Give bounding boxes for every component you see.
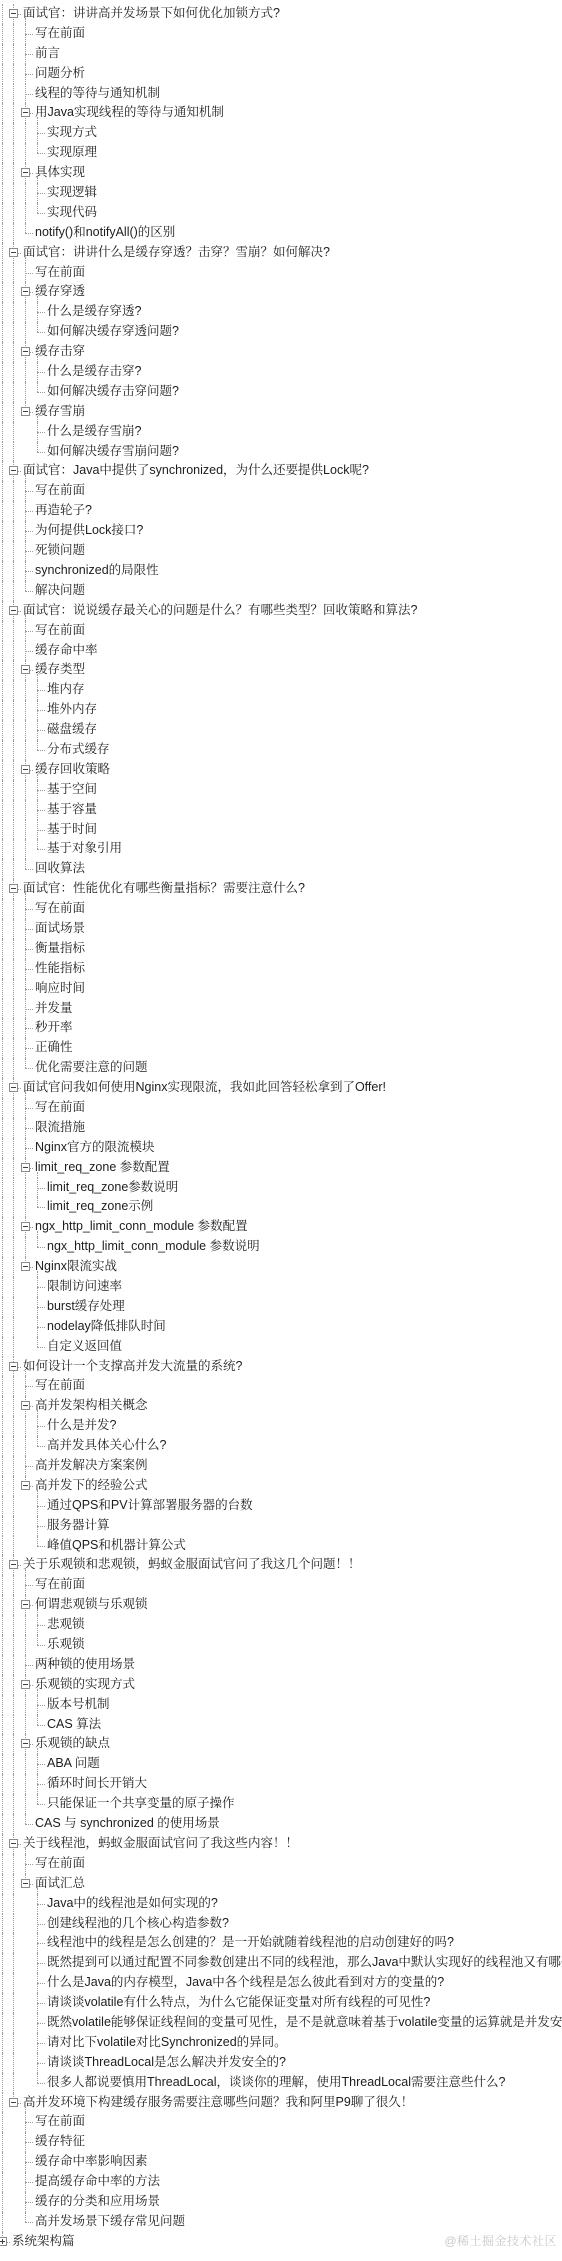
- tree-connector: [37, 312, 45, 313]
- tree-connector: [25, 989, 33, 990]
- tree-node[interactable]: 实现代码: [0, 203, 562, 223]
- tree-node[interactable]: 面试官：Java中提供了synchronized，为什么还要提供Lock呢?: [0, 461, 562, 481]
- collapse-minus-icon[interactable]: [9, 1362, 18, 1371]
- tree-node[interactable]: 缓存特征: [0, 2132, 562, 2152]
- tree-connector: [37, 332, 45, 333]
- tree-node[interactable]: 写在前面: [0, 24, 562, 44]
- tree-connector: [13, 1993, 14, 2013]
- tree-node[interactable]: 线程池中的线程是怎么创建的？是一开始就随着线程池的启动创建好的吗?: [0, 1933, 562, 1953]
- tree-node-label[interactable]: 面试官问我如何使用Nginx实现限流，我如此回答轻松拿到了Offer!: [0, 1078, 386, 1098]
- collapse-minus-icon[interactable]: [9, 1560, 18, 1569]
- tree-connector: [11, 1366, 16, 1367]
- tree-node-label[interactable]: 如何解决缓存穿透问题?: [0, 322, 179, 342]
- tree-connector: [13, 621, 14, 641]
- tree-node[interactable]: 面试官问我如何使用Nginx实现限流，我如此回答轻松拿到了Offer!: [0, 1078, 562, 1098]
- collapse-minus-icon[interactable]: [9, 884, 18, 893]
- collapse-minus-icon[interactable]: [9, 1839, 18, 1848]
- collapse-minus-icon[interactable]: [21, 168, 30, 177]
- tree-node-label[interactable]: synchronized的局限性: [0, 561, 159, 581]
- tree-node-label[interactable]: 实现代码: [0, 203, 97, 223]
- tree-connector: [13, 1595, 14, 1615]
- tree-node-label[interactable]: 面试官：讲讲高并发场景下如何优化加锁方式?: [0, 4, 280, 24]
- tree-node[interactable]: 缓存命中率影响因素: [0, 2152, 562, 2172]
- tree-node-label[interactable]: 缓存命中率: [0, 641, 98, 661]
- collapse-minus-icon[interactable]: [9, 2098, 18, 2107]
- tree-node[interactable]: 缓存回收策略: [0, 760, 562, 780]
- tree-connector: [2, 1894, 3, 1914]
- tree-node[interactable]: 衡量指标: [0, 939, 562, 959]
- tree-connector: [25, 1028, 33, 1029]
- tree-connector: [2, 203, 3, 223]
- tree-connector: [23, 769, 28, 770]
- tree-node[interactable]: 再造轮子?: [0, 501, 562, 521]
- tree-node[interactable]: 高并发解决方案案例: [0, 1456, 562, 1476]
- tree-connector: [37, 1436, 38, 1446]
- tree-node[interactable]: 循环时间长开销大: [0, 1774, 562, 1794]
- tree-connector: [2, 760, 3, 780]
- tree-node[interactable]: Nginx官方的限流模块: [0, 1138, 562, 1158]
- tree-node[interactable]: 死锁问题: [0, 541, 562, 561]
- tree-connector: [37, 1715, 38, 1725]
- tree-connector: [11, 252, 16, 253]
- tree-node-label[interactable]: Nginx官方的限流模块: [0, 1138, 154, 1158]
- collapse-minus-icon[interactable]: [21, 1401, 30, 1410]
- tree-node[interactable]: 缓存的分类和应用场景: [0, 2192, 562, 2212]
- tree-node[interactable]: limit_req_zone 参数配置: [0, 1158, 562, 1178]
- tree-connector: [13, 760, 14, 780]
- tree-node[interactable]: 实现原理: [0, 143, 562, 163]
- tree-connector: [13, 2053, 14, 2073]
- tree-node[interactable]: 正确性: [0, 1038, 562, 1058]
- tree-node[interactable]: 如何解决缓存击穿问题?: [0, 382, 562, 402]
- tree-node[interactable]: 实现方式: [0, 123, 562, 143]
- tree-node[interactable]: 高并发架构相关概念: [0, 1396, 562, 1416]
- tree-connector: [13, 521, 14, 541]
- tree-node[interactable]: 回收算法: [0, 859, 562, 879]
- tree-node[interactable]: 写在前面: [0, 899, 562, 919]
- tree-node-label[interactable]: 如何解决缓存击穿问题?: [0, 382, 179, 402]
- collapse-minus-icon[interactable]: [21, 347, 30, 356]
- tree-node[interactable]: 关于线程池，蚂蚁金服面试官问了我这些内容！！: [0, 1834, 562, 1854]
- tree-node[interactable]: 解决问题: [0, 581, 562, 601]
- tree-connector: [13, 1217, 14, 1237]
- tree-node[interactable]: 很多人都说要慎用ThreadLocal，谈谈你的理解，使用ThreadLocal…: [0, 2073, 562, 2093]
- tree-connector: [2, 64, 3, 84]
- tree-node[interactable]: 版本号机制: [0, 1695, 562, 1715]
- tree-node-label[interactable]: 缓存特征: [0, 2132, 85, 2152]
- collapse-minus-icon[interactable]: [9, 248, 18, 257]
- tree-node[interactable]: 既然volatile能够保证线程间的变量可见性，是不是就意味着基于volatil…: [0, 2013, 562, 2033]
- tree-node[interactable]: limit_req_zone示例: [0, 1197, 562, 1217]
- tree-node[interactable]: 什么是缓存击穿?: [0, 362, 562, 382]
- tree-node-label[interactable]: 关于线程池，蚂蚁金服面试官问了我这些内容！！: [0, 1834, 298, 1854]
- tree-node[interactable]: 请谈谈volatile有什么特点，为什么它能保证变量对所有线程的可见性?: [0, 1993, 562, 2013]
- tree-node[interactable]: 什么是缓存穿透?: [0, 302, 562, 322]
- tree-connector: [13, 1456, 14, 1476]
- tree-connector: [25, 143, 26, 163]
- collapse-minus-icon[interactable]: [9, 1083, 18, 1092]
- tree-node-label[interactable]: 版本号机制: [0, 1695, 110, 1715]
- tree-connector: [13, 959, 14, 979]
- tree-node[interactable]: 写在前面: [0, 1854, 562, 1874]
- tree-node[interactable]: 基于空间: [0, 780, 562, 800]
- tree-node[interactable]: Java中的线程池是如何实现的?: [0, 1894, 562, 1914]
- tree-node-label[interactable]: 请谈谈volatile有什么特点，为什么它能保证变量对所有线程的可见性?: [0, 1993, 430, 2013]
- tree-node[interactable]: 分布式缓存: [0, 740, 562, 760]
- collapse-minus-icon[interactable]: [9, 9, 18, 18]
- tree-node[interactable]: 自定义返回值: [0, 1337, 562, 1357]
- tree-node-label[interactable]: ABA 问题: [0, 1754, 100, 1774]
- tree-connector: [25, 1416, 26, 1436]
- tree-connector: [13, 820, 14, 840]
- tree-connector: [25, 969, 33, 970]
- tree-node[interactable]: 高并发环境下构建缓存服务需要注意哪些问题？我和阿里P9聊了很久！: [0, 2093, 562, 2113]
- tree-node[interactable]: ngx_http_limit_conn_module 参数配置: [0, 1217, 562, 1237]
- tree-connector: [2, 1933, 3, 1953]
- tree-connector: [2, 601, 3, 621]
- tree-connector: [2, 2132, 3, 2152]
- tree-connector: [13, 123, 14, 143]
- collapse-minus-icon[interactable]: [21, 665, 30, 674]
- tree-connector: [37, 1247, 45, 1248]
- tree-node[interactable]: 乐观锁的实现方式: [0, 1675, 562, 1695]
- tree-connector: [11, 1843, 16, 1844]
- collapse-minus-icon[interactable]: [21, 407, 30, 416]
- tree-connector: [25, 1068, 33, 1069]
- tree-connector: [13, 899, 14, 919]
- tree-node-label[interactable]: 提高缓存命中率的方法: [0, 2172, 160, 2192]
- tree-node-label[interactable]: 关于乐观锁和悲观锁，蚂蚁金服面试官问了我这几个问题！！: [0, 1555, 361, 1575]
- tree-node[interactable]: 如何设计一个支撑高并发大流量的系统?: [0, 1357, 562, 1377]
- tree-node[interactable]: 用Java实现线程的等待与通知机制: [0, 103, 562, 123]
- tree-connector: [25, 302, 26, 322]
- tree-connector: [37, 2023, 45, 2024]
- tree-connector: [13, 700, 14, 720]
- tree-connector: [25, 322, 26, 342]
- tree-node[interactable]: 悲观锁: [0, 1615, 562, 1635]
- tree-node-label[interactable]: 只能保证一个共享变量的原子操作: [0, 1794, 235, 1814]
- expand-plus-icon[interactable]: [0, 2237, 7, 2246]
- tree-node[interactable]: 乐观锁的缺点: [0, 1734, 562, 1754]
- tree-connector: [25, 1048, 33, 1049]
- tree-connector: [37, 213, 45, 214]
- tree-connector: [2, 660, 3, 680]
- tree-connector: [37, 382, 38, 392]
- tree-node-label[interactable]: Nginx限流实战: [0, 1257, 117, 1277]
- tree-node[interactable]: 基于容量: [0, 800, 562, 820]
- tree-node-label[interactable]: 实现方式: [0, 123, 97, 143]
- tree-node-label[interactable]: nodelay降低排队时间: [0, 1317, 166, 1337]
- tree-node-label[interactable]: CAS 算法: [0, 1715, 101, 1735]
- collapse-minus-icon[interactable]: [21, 1222, 30, 1231]
- tree-node-label[interactable]: 优化需要注意的问题: [0, 1058, 148, 1078]
- tree-connector: [37, 2003, 45, 2004]
- tree-node-label[interactable]: 线程的等待与通知机制: [0, 84, 160, 104]
- tree-node[interactable]: 提高缓存命中率的方法: [0, 2172, 562, 2192]
- tree-connector: [2, 700, 3, 720]
- tree-connector: [13, 859, 14, 879]
- tree-node-label[interactable]: 正确性: [0, 1038, 73, 1058]
- tree-node-label[interactable]: 服务器计算: [0, 1516, 110, 1536]
- tree-node-label[interactable]: 面试官：Java中提供了synchronized，为什么还要提供Lock呢?: [0, 461, 369, 481]
- tree-node[interactable]: 峰值QPS和机器计算公式: [0, 1536, 562, 1556]
- tree-node[interactable]: 高并发下的经验公式: [0, 1476, 562, 1496]
- tree-node[interactable]: CAS 算法: [0, 1715, 562, 1735]
- tree-node[interactable]: 什么是缓存雪崩?: [0, 422, 562, 442]
- tree-node-label[interactable]: 基于时间: [0, 820, 97, 840]
- tree-node[interactable]: ABA 问题: [0, 1754, 562, 1774]
- tree-node-label[interactable]: 既然volatile能够保证线程间的变量可见性，是不是就意味着基于volatil…: [0, 2013, 562, 2033]
- tree-node-label[interactable]: 缓存的分类和应用场景: [0, 2192, 160, 2212]
- tree-connector: [2, 1854, 3, 1874]
- tree-connector: [25, 1665, 33, 1666]
- tree-connector: [2, 1158, 3, 1178]
- tree-node[interactable]: 限制访问速率: [0, 1277, 562, 1297]
- tree-connector: [13, 1237, 14, 1257]
- tree-node[interactable]: ngx_http_limit_conn_module 参数说明: [0, 1237, 562, 1257]
- tree-connector: [2, 1018, 3, 1038]
- tree-node-label[interactable]: 既然提到可以通过配置不同参数创建出不同的线程池，那么Java中默认实现好的线程池…: [0, 1953, 562, 1973]
- tree-node-label[interactable]: 循环时间长开销大: [0, 1774, 147, 1794]
- tree-node[interactable]: 如何解决缓存雪崩问题?: [0, 442, 562, 462]
- tree-node-label[interactable]: 线程池中的线程是怎么创建的？是一开始就随着线程池的启动创建好的吗?: [0, 1933, 454, 1953]
- tree-node[interactable]: 如何解决缓存穿透问题?: [0, 322, 562, 342]
- tree-node-label[interactable]: 写在前面: [0, 2112, 85, 2132]
- tree-node[interactable]: 写在前面: [0, 621, 562, 641]
- tree-node-label[interactable]: 系统架构篇: [0, 2232, 75, 2252]
- tree-node[interactable]: 缓存穿透: [0, 282, 562, 302]
- collapse-minus-icon[interactable]: [21, 1879, 30, 1888]
- tree-node-label[interactable]: 两种锁的使用场景: [0, 1655, 135, 1675]
- tree-node[interactable]: nodelay降低排队时间: [0, 1317, 562, 1337]
- tree-node[interactable]: 什么是并发?: [0, 1416, 562, 1436]
- tree-node[interactable]: 何谓悲观锁与乐观锁: [0, 1595, 562, 1615]
- tree-node-label[interactable]: 秒开率: [0, 1018, 73, 1038]
- tree-connector: [37, 1506, 45, 1507]
- tree-node[interactable]: 具体实现: [0, 163, 562, 183]
- tree-node-label[interactable]: 高并发解决方案案例: [0, 1456, 148, 1476]
- tree-node-label[interactable]: 为何提供Lock接口?: [0, 521, 143, 541]
- tree-node[interactable]: 面试官：说说缓存最关心的问题是什么？有哪些类型？回收策略和算法?: [0, 601, 562, 621]
- tree-connector: [2, 939, 3, 959]
- tree-connector: [13, 1933, 14, 1953]
- tree-node[interactable]: 只能保证一个共享变量的原子操作: [0, 1794, 562, 1814]
- tree-node[interactable]: 服务器计算: [0, 1516, 562, 1536]
- tree-node[interactable]: 基于时间: [0, 820, 562, 840]
- tree-connector: [37, 452, 45, 453]
- tree-node-label[interactable]: 什么是缓存雪崩?: [0, 422, 141, 442]
- tree-connector: [23, 1405, 28, 1406]
- tree-node[interactable]: 缓存击穿: [0, 342, 562, 362]
- tree-node[interactable]: 面试场景: [0, 919, 562, 939]
- tree-connector: [13, 1774, 14, 1794]
- tree-connector: [37, 442, 38, 452]
- tree-node-label[interactable]: 什么是Java的内存模型，Java中各个线程是怎么彼此看到对方的变量的?: [0, 1973, 444, 1993]
- tree-connector: [13, 103, 14, 123]
- tree-node[interactable]: 写在前面: [0, 1376, 562, 1396]
- tree-node[interactable]: 响应时间: [0, 979, 562, 999]
- tree-node-label[interactable]: 创建线程池的几个核心构造参数?: [0, 1914, 229, 1934]
- tree-connector: [25, 949, 33, 950]
- tree-node[interactable]: limit_req_zone参数说明: [0, 1178, 562, 1198]
- tree-node[interactable]: 秒开率: [0, 1018, 562, 1038]
- tree-connector: [37, 1625, 45, 1626]
- tree-connector: [37, 153, 45, 154]
- tree-connector: [2, 1257, 3, 1277]
- tree-node-label[interactable]: burst缓存处理: [0, 1297, 125, 1317]
- tree-node[interactable]: 高并发具体关心什么?: [0, 1436, 562, 1456]
- tree-node-label[interactable]: 缓存回收策略: [0, 760, 110, 780]
- collapse-minus-icon[interactable]: [21, 1262, 30, 1271]
- tree-node[interactable]: 创建线程池的几个核心构造参数?: [0, 1914, 562, 1934]
- tree-node-label[interactable]: 自定义返回值: [0, 1337, 122, 1357]
- tree-node-label[interactable]: 基于空间: [0, 780, 97, 800]
- tree-node[interactable]: 关于乐观锁和悲观锁，蚂蚁金服面试官问了我这几个问题！！: [0, 1555, 562, 1575]
- tree-connector: [2, 1715, 3, 1735]
- tree-node[interactable]: synchronized的局限性: [0, 561, 562, 581]
- collapse-minus-icon[interactable]: [21, 287, 30, 296]
- tree-connector: [13, 1138, 14, 1158]
- tree-connector: [37, 1794, 38, 1804]
- tree-connector: [37, 810, 45, 811]
- tree-node[interactable]: 优化需要注意的问题: [0, 1058, 562, 1078]
- tree-connector: [2, 1098, 3, 1118]
- tree-connector: [25, 859, 26, 869]
- tree-node[interactable]: 写在前面: [0, 2112, 562, 2132]
- tree-node[interactable]: 什么是Java的内存模型，Java中各个线程是怎么彼此看到对方的变量的?: [0, 1973, 562, 1993]
- tree-node[interactable]: burst缓存处理: [0, 1297, 562, 1317]
- tree-connector: [25, 591, 33, 592]
- tree-node-label[interactable]: 面试官：说说缓存最关心的问题是什么？有哪些类型？回收策略和算法?: [0, 601, 417, 621]
- tree-node-label[interactable]: 缓存命中率影响因素: [0, 2152, 148, 2172]
- collapse-minus-icon[interactable]: [21, 765, 30, 774]
- tree-node-label[interactable]: 很多人都说要慎用ThreadLocal，谈谈你的理解，使用ThreadLocal…: [0, 2073, 505, 2093]
- tree-node[interactable]: 为何提供Lock接口?: [0, 521, 562, 541]
- tree-node[interactable]: 面试汇总: [0, 1874, 562, 1894]
- tree-node[interactable]: 前言: [0, 44, 562, 64]
- tree-node-label[interactable]: 用Java实现线程的等待与通知机制: [0, 103, 224, 123]
- tree-connector: [37, 1287, 45, 1288]
- tree-node-label[interactable]: 实现逻辑: [0, 183, 97, 203]
- tree-node-label[interactable]: limit_req_zone示例: [0, 1197, 153, 1217]
- tree-connector: [37, 1446, 45, 1447]
- tree-connector: [13, 1396, 14, 1416]
- tree-node-label[interactable]: Java中的线程池是如何实现的?: [0, 1894, 218, 1914]
- tree-node[interactable]: 性能指标: [0, 959, 562, 979]
- toc-tree-panel: 面试官：讲讲高并发场景下如何优化加锁方式?写在前面前言问题分析线程的等待与通知机…: [0, 0, 562, 2261]
- tree-node-label[interactable]: 如何解决缓存雪崩问题?: [0, 442, 179, 462]
- tree-connector: [13, 1118, 14, 1138]
- tree-connector: [13, 641, 14, 661]
- tree-node[interactable]: 两种锁的使用场景: [0, 1655, 562, 1675]
- tree-node[interactable]: 既然提到可以通过配置不同参数创建出不同的线程池，那么Java中默认实现好的线程池…: [0, 1953, 562, 1973]
- tree-node-label[interactable]: 限制访问速率: [0, 1277, 122, 1297]
- tree-node[interactable]: 问题分析: [0, 64, 562, 84]
- tree-connector: [2, 680, 3, 700]
- tree-node[interactable]: 堆外内存: [0, 700, 562, 720]
- tree-node[interactable]: 乐观锁: [0, 1635, 562, 1655]
- tree-node[interactable]: 限流措施: [0, 1118, 562, 1138]
- tree-connector: [2, 999, 3, 1019]
- tree-node-label[interactable]: 什么是缓存穿透?: [0, 302, 141, 322]
- tree-node-label[interactable]: 分布式缓存: [0, 740, 110, 760]
- tree-connector: [2, 1058, 3, 1078]
- tree-connector: [37, 849, 45, 850]
- tree-node-label[interactable]: 什么是并发?: [0, 1416, 116, 1436]
- tree-connector: [25, 1754, 26, 1774]
- tree-node[interactable]: 面试官：讲讲高并发场景下如何优化加锁方式?: [0, 4, 562, 24]
- tree-node-label[interactable]: 高并发环境下构建缓存服务需要注意哪些问题？我和阿里P9聊了很久！: [0, 2093, 413, 2113]
- tree-node-label[interactable]: 实现原理: [0, 143, 97, 163]
- tree-node[interactable]: 写在前面: [0, 263, 562, 283]
- tree-node-label[interactable]: 磁盘缓存: [0, 720, 97, 740]
- collapse-minus-icon[interactable]: [21, 1481, 30, 1490]
- tree-node[interactable]: 磁盘缓存: [0, 720, 562, 740]
- collapse-minus-icon[interactable]: [9, 466, 18, 475]
- tree-node[interactable]: 实现逻辑: [0, 183, 562, 203]
- tree-connector: [2, 1277, 3, 1297]
- tree-node[interactable]: 通过QPS和PV计算部署服务器的台数: [0, 1496, 562, 1516]
- tree-node[interactable]: 缓存雪崩: [0, 402, 562, 422]
- tree-node[interactable]: 写在前面: [0, 481, 562, 501]
- collapse-minus-icon[interactable]: [21, 1680, 30, 1689]
- tree-node-label[interactable]: 基于容量: [0, 800, 97, 820]
- tree-node[interactable]: 面试官：讲讲什么是缓存穿透？击穿？雪崩？如何解决?: [0, 243, 562, 263]
- tree-node[interactable]: Nginx限流实战: [0, 1257, 562, 1277]
- tree-connector: [2, 2053, 3, 2073]
- tree-connector: [13, 203, 14, 223]
- tree-connector: [23, 669, 28, 670]
- tree-connector: [2, 461, 3, 481]
- tree-node-label[interactable]: 基于对象引用: [0, 839, 122, 859]
- tree-node[interactable]: 基于对象引用: [0, 839, 562, 859]
- collapse-minus-icon[interactable]: [21, 1739, 30, 1748]
- tree-node-label[interactable]: 什么是缓存击穿?: [0, 362, 141, 382]
- collapse-minus-icon[interactable]: [21, 1600, 30, 1609]
- tree-node-label[interactable]: 如何设计一个支撑高并发大流量的系统?: [0, 1357, 242, 1377]
- tree-connector: [2, 1536, 3, 1556]
- tree-node[interactable]: 高并发场景下缓存常见问题: [0, 2212, 562, 2232]
- tree-node[interactable]: CAS 与 synchronized 的使用场景: [0, 1814, 562, 1834]
- tree-node-label[interactable]: 乐观锁的缺点: [0, 1734, 110, 1754]
- tree-connector: [13, 2013, 14, 2033]
- tree-node[interactable]: 写在前面: [0, 1575, 562, 1595]
- tree-node-label[interactable]: 面试官：性能优化有哪些衡量指标？需要注意什么?: [0, 879, 305, 899]
- tree-node[interactable]: 请谈谈ThreadLocal是怎么解决并发安全的?: [0, 2053, 562, 2073]
- tree-node[interactable]: 并发量: [0, 999, 562, 1019]
- tree-connector: [37, 133, 45, 134]
- tree-node[interactable]: 堆内存: [0, 680, 562, 700]
- tree-node[interactable]: 线程的等待与通知机制: [0, 84, 562, 104]
- tree-node[interactable]: 缓存命中率: [0, 641, 562, 661]
- collapse-minus-icon[interactable]: [21, 108, 30, 117]
- tree-connector: [25, 2162, 33, 2163]
- tree-node[interactable]: 缓存类型: [0, 660, 562, 680]
- tree-node-label[interactable]: limit_req_zone参数说明: [0, 1178, 178, 1198]
- tree-node[interactable]: 请对比下volatile对比Synchronized的异同。: [0, 2033, 562, 2053]
- tree-node-label[interactable]: 堆外内存: [0, 700, 97, 720]
- tree-node-label[interactable]: 并发量: [0, 999, 73, 1019]
- collapse-minus-icon[interactable]: [9, 606, 18, 615]
- tree-node[interactable]: 面试官：性能优化有哪些衡量指标？需要注意什么?: [0, 879, 562, 899]
- tree-connector: [25, 233, 33, 234]
- tree-node-label[interactable]: 面试官：讲讲什么是缓存穿透？击穿？雪崩？如何解决?: [0, 243, 330, 263]
- tree-connector: [13, 2033, 14, 2053]
- tree-node[interactable]: 写在前面: [0, 1098, 562, 1118]
- collapse-minus-icon[interactable]: [21, 1163, 30, 1172]
- tree-node[interactable]: notify()和notifyAll()的区别: [0, 223, 562, 243]
- tree-node-label[interactable]: 峰值QPS和机器计算公式: [0, 1536, 186, 1556]
